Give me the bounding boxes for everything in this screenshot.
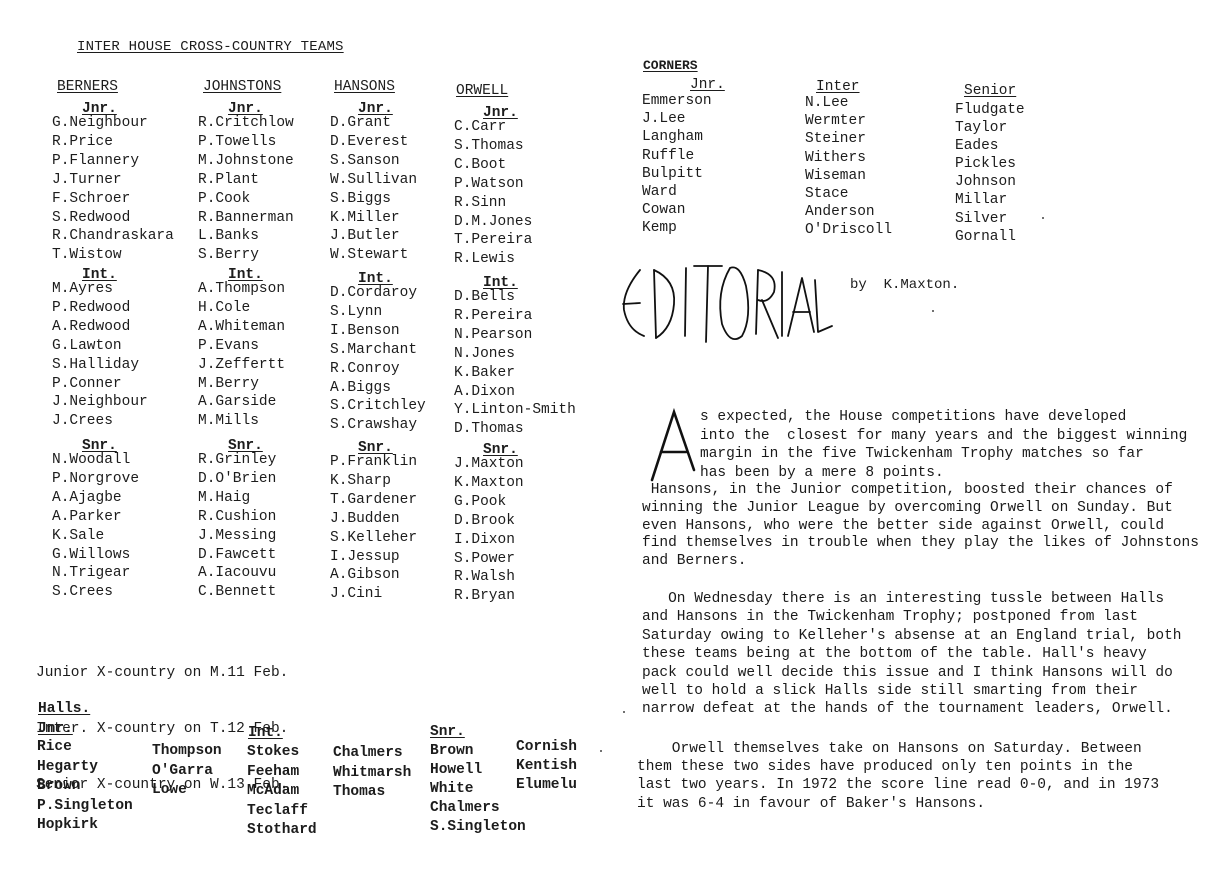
runner-name: S.Singleton xyxy=(430,818,526,837)
runner-name: M.Johnstone xyxy=(198,152,294,171)
halls-jnr-label: Jnr. xyxy=(38,720,73,739)
house-heading-hansons: HANSONS xyxy=(334,78,395,97)
runner-name: T.Wistow xyxy=(52,246,174,265)
text-line: s expected, the House competitions have … xyxy=(700,408,1187,427)
runner-name: N.Jones xyxy=(454,345,576,364)
runner-name: J.Cini xyxy=(330,585,417,604)
runner-name: D.Brook xyxy=(454,512,524,531)
editorial-paragraph-2: Hansons, in the Junior competition, boos… xyxy=(642,482,1199,571)
runner-name: G.Lawton xyxy=(52,337,148,356)
runner-name: Howell xyxy=(430,761,526,780)
runner-list-jnr: C.CarrS.ThomasC.BootP.WatsonR.SinnD.M.Jo… xyxy=(454,118,532,269)
text-line: winning the Junior League by overcoming … xyxy=(642,500,1199,518)
halls-heading: Halls. xyxy=(38,700,90,719)
runner-name: P.Towells xyxy=(198,133,294,152)
runner-name: Fludgate xyxy=(955,101,1025,119)
runner-name: A.Ajagbe xyxy=(52,489,139,508)
runner-name: R.Conroy xyxy=(330,360,426,379)
text-line: On Wednesday there is an interesting tus… xyxy=(642,590,1182,608)
text-line: Saturday owing to Kelleher's absense at … xyxy=(642,627,1182,645)
runner-name: P.Franklin xyxy=(330,453,417,472)
runner-name: P.Flannery xyxy=(52,152,174,171)
runner-list-jnr: G.NeighbourR.PriceP.FlanneryJ.TurnerF.Sc… xyxy=(52,114,174,265)
runner-name: Brown xyxy=(430,742,526,761)
runner-name: Chalmers xyxy=(430,799,526,818)
corners-heading: CORNERS xyxy=(643,57,698,76)
runner-name: A.Iacouvu xyxy=(198,564,276,583)
text-line: them these two sides have produced only … xyxy=(637,758,1159,776)
house-heading-johnstons: JOHNSTONS xyxy=(203,78,281,97)
runner-name: S.Kelleher xyxy=(330,529,417,548)
runner-name: H.Cole xyxy=(198,299,285,318)
runner-name: Ruffle xyxy=(642,147,712,165)
editorial-heading-art xyxy=(618,262,833,344)
runner-name: S.Critchley xyxy=(330,397,426,416)
runner-name: G.Willows xyxy=(52,546,139,565)
runner-name: T.Pereira xyxy=(454,231,532,250)
runner-name: Rice xyxy=(37,738,133,758)
runner-name: Hopkirk xyxy=(37,816,133,836)
runner-name: M.Mills xyxy=(198,412,285,431)
runner-name: D.M.Jones xyxy=(454,213,532,232)
corners-senior: FludgateTaylorEadesPicklesJohnsonMillarS… xyxy=(955,101,1025,246)
runner-name: J.Maxton xyxy=(454,455,524,474)
runner-name: F.Schroer xyxy=(52,190,174,209)
runner-name: J.Messing xyxy=(198,527,276,546)
runner-name: O'Driscoll xyxy=(805,221,892,239)
runner-name: Eades xyxy=(955,137,1025,155)
runner-name: T.Gardener xyxy=(330,491,417,510)
runner-name: Hegarty xyxy=(37,758,133,778)
runner-list-int: D.CordaroyS.LynnI.BensonS.MarchantR.Conr… xyxy=(330,284,426,435)
text-line: has been by a mere 8 points. xyxy=(700,464,1187,483)
runner-name: N.Woodall xyxy=(52,451,139,470)
speck xyxy=(623,711,625,713)
text-line: and Berners. xyxy=(642,553,1199,571)
runner-list-jnr: R.CritchlowP.TowellsM.JohnstoneR.PlantP.… xyxy=(198,114,294,265)
runner-name: Y.Linton-Smith xyxy=(454,401,576,420)
runner-list-int: M.AyresP.RedwoodA.RedwoodG.LawtonS.Halli… xyxy=(52,280,148,431)
text-line: Orwell themselves take on Hansons on Sat… xyxy=(637,740,1159,758)
runner-name: Kemp xyxy=(642,219,712,237)
runner-list-snr: P.FranklinK.SharpT.GardenerJ.BuddenS.Kel… xyxy=(330,453,417,604)
text-line: and Hansons in the Twickenham Trophy; po… xyxy=(642,608,1182,626)
runner-name: S.Berry xyxy=(198,246,294,265)
runner-name: J.Crees xyxy=(52,412,148,431)
runner-name: C.Bennett xyxy=(198,583,276,602)
runner-name: A.Dixon xyxy=(454,383,576,402)
runner-name: S.Halliday xyxy=(52,356,148,375)
halls-jnr-b: ThompsonO'GarraLowe xyxy=(152,742,222,801)
runner-name: R.Lewis xyxy=(454,250,532,269)
speck xyxy=(1042,217,1044,219)
runner-name: R.Chandraskara xyxy=(52,227,174,246)
runner-name: Cowan xyxy=(642,201,712,219)
runner-name: Thompson xyxy=(152,742,222,762)
runner-name: L.Banks xyxy=(198,227,294,246)
runner-name: R.Plant xyxy=(198,171,294,190)
runner-name: S.Marchant xyxy=(330,341,426,360)
runner-name: G.Neighbour xyxy=(52,114,174,133)
runner-name: White xyxy=(430,780,526,799)
runner-name: Chalmers xyxy=(333,744,411,764)
runner-name: J.Budden xyxy=(330,510,417,529)
text-line: narrow defeat at the hands of the tourna… xyxy=(642,700,1182,718)
runner-name: S.Crees xyxy=(52,583,139,602)
runner-name: P.Norgrove xyxy=(52,470,139,489)
runner-name: Elumelu xyxy=(516,776,577,795)
text-line: margin in the five Twickenham Trophy mat… xyxy=(700,445,1187,464)
text-line: well to hold a slick Halls side still sm… xyxy=(642,682,1182,700)
house-heading-berners: BERNERS xyxy=(57,78,118,97)
runner-name: O'Garra xyxy=(152,762,222,782)
runner-name: K.Sale xyxy=(52,527,139,546)
runner-name: Ward xyxy=(642,183,712,201)
runner-name: J.Butler xyxy=(330,227,417,246)
runner-name: P.Cook xyxy=(198,190,294,209)
text-line: pack could well decide this issue and I … xyxy=(642,664,1182,682)
runner-name: M.Haig xyxy=(198,489,276,508)
editorial-paragraph-4: Orwell themselves take on Hansons on Sat… xyxy=(637,740,1159,813)
runner-name: Anderson xyxy=(805,203,892,221)
runner-name: Langham xyxy=(642,128,712,146)
runner-name: R.Critchlow xyxy=(198,114,294,133)
runner-name: R.Bannerman xyxy=(198,209,294,228)
runner-name: J.Turner xyxy=(52,171,174,190)
runner-name: D.Everest xyxy=(330,133,417,152)
runner-name: D.Bells xyxy=(454,288,576,307)
halls-int-b: ChalmersWhitmarshThomas xyxy=(333,744,411,803)
runner-name: P.Conner xyxy=(52,375,148,394)
runner-name: A.Gibson xyxy=(330,566,417,585)
runner-name: S.Redwood xyxy=(52,209,174,228)
runner-name: A.Garside xyxy=(198,393,285,412)
runner-name: I.Jessup xyxy=(330,548,417,567)
runner-name: R.Grinley xyxy=(198,451,276,470)
runner-name: Pickles xyxy=(955,155,1025,173)
runner-name: A.Biggs xyxy=(330,379,426,398)
runner-name: Thomas xyxy=(333,783,411,803)
editorial-paragraph-1: s expected, the House competitions have … xyxy=(700,408,1187,482)
runner-name: Silver xyxy=(955,210,1025,228)
runner-name: P.Evans xyxy=(198,337,285,356)
runner-name: Wermter xyxy=(805,112,892,130)
editorial-paragraph-3: On Wednesday there is an interesting tus… xyxy=(642,590,1182,719)
runner-name: Cornish xyxy=(516,738,577,757)
text-line: even Hansons, who were the better side a… xyxy=(642,518,1199,536)
drop-cap-a xyxy=(650,408,698,482)
runner-name: Johnson xyxy=(955,173,1025,191)
page-title: INTER HOUSE CROSS-COUNTRY TEAMS xyxy=(77,38,344,57)
runner-name: Whitmarsh xyxy=(333,764,411,784)
runner-name: M.Berry xyxy=(198,375,285,394)
text-line: these teams being at the bottom of the t… xyxy=(642,645,1182,663)
runner-list-snr: J.MaxtonK.MaxtonG.PookD.BrookI.DixonS.Po… xyxy=(454,455,524,606)
runner-name: McAdam xyxy=(247,782,317,802)
runner-name: Kentish xyxy=(516,757,577,776)
runner-name: G.Pook xyxy=(454,493,524,512)
runner-list-int: D.BellsR.PereiraN.PearsonN.JonesK.BakerA… xyxy=(454,288,576,439)
runner-name: P.Singleton xyxy=(37,797,133,817)
runner-name: A.Parker xyxy=(52,508,139,527)
runner-name: S.Sanson xyxy=(330,152,417,171)
runner-name: Stokes xyxy=(247,743,317,763)
runner-name: S.Lynn xyxy=(330,303,426,322)
runner-name: J.Lee xyxy=(642,110,712,128)
halls-snr-b: CornishKentishElumelu xyxy=(516,738,577,795)
text-line: it was 6-4 in favour of Baker's Hansons. xyxy=(637,795,1159,813)
runner-name: Teclaff xyxy=(247,802,317,822)
runner-list-jnr: D.GrantD.EverestS.SansonW.SullivanS.Bigg… xyxy=(330,114,417,265)
runner-name: N.Trigear xyxy=(52,564,139,583)
runner-name: D.O'Brien xyxy=(198,470,276,489)
runner-name: J.Zeffertt xyxy=(198,356,285,375)
runner-name: D.Cordaroy xyxy=(330,284,426,303)
runner-name: K.Baker xyxy=(454,364,576,383)
runner-name: K.Maxton xyxy=(454,474,524,493)
runner-name: P.Redwood xyxy=(52,299,148,318)
runner-name: Steiner xyxy=(805,130,892,148)
runner-name: Emmerson xyxy=(642,92,712,110)
runner-name: D.Fawcett xyxy=(198,546,276,565)
schedule-junior: Junior X-country on M.11 Feb. xyxy=(36,664,288,683)
runner-name: R.Sinn xyxy=(454,194,532,213)
corners-jnr: EmmersonJ.LeeLanghamRuffleBulpittWardCow… xyxy=(642,92,712,238)
runner-name: Feeham xyxy=(247,763,317,783)
speck xyxy=(600,750,602,752)
runner-name: M.Ayres xyxy=(52,280,148,299)
runner-name: D.Thomas xyxy=(454,420,576,439)
runner-name: Withers xyxy=(805,149,892,167)
runner-name: A.Whiteman xyxy=(198,318,285,337)
runner-name: D.Grant xyxy=(330,114,417,133)
corners-inter: N.LeeWermterSteinerWithersWisemanStaceAn… xyxy=(805,94,892,240)
runner-name: Stothard xyxy=(247,821,317,841)
runner-name: A.Thompson xyxy=(198,280,285,299)
halls-int-a: StokesFeehamMcAdamTeclaffStothard xyxy=(247,743,317,841)
runner-name: C.Carr xyxy=(454,118,532,137)
runner-name: C.Boot xyxy=(454,156,532,175)
text-line: Hansons, in the Junior competition, boos… xyxy=(642,482,1199,500)
runner-name: S.Power xyxy=(454,550,524,569)
runner-name: R.Bryan xyxy=(454,587,524,606)
runner-list-snr: N.WoodallP.NorgroveA.AjagbeA.ParkerK.Sal… xyxy=(52,451,139,602)
runner-name: J.Neighbour xyxy=(52,393,148,412)
house-heading-orwell: ORWELL xyxy=(456,82,508,101)
runner-name: R.Cushion xyxy=(198,508,276,527)
runner-name: N.Lee xyxy=(805,94,892,112)
runner-name: K.Sharp xyxy=(330,472,417,491)
runner-name: W.Stewart xyxy=(330,246,417,265)
runner-name: Stace xyxy=(805,185,892,203)
runner-name: S.Crawshay xyxy=(330,416,426,435)
runner-name: Brown xyxy=(37,777,133,797)
runner-name: S.Thomas xyxy=(454,137,532,156)
halls-int-label: Int. xyxy=(248,724,283,743)
runner-name: I.Dixon xyxy=(454,531,524,550)
speck xyxy=(932,310,934,312)
runner-name: R.Walsh xyxy=(454,568,524,587)
runner-name: R.Price xyxy=(52,133,174,152)
runner-list-int: A.ThompsonH.ColeA.WhitemanP.EvansJ.Zeffe… xyxy=(198,280,285,431)
runner-name: Lowe xyxy=(152,781,222,801)
runner-name: R.Pereira xyxy=(454,307,576,326)
runner-name: N.Pearson xyxy=(454,326,576,345)
runner-name: A.Redwood xyxy=(52,318,148,337)
halls-snr-label: Snr. xyxy=(430,723,465,742)
text-line: into the closest for many years and the … xyxy=(700,427,1187,446)
runner-name: W.Sullivan xyxy=(330,171,417,190)
editorial-byline: by K.Maxton. xyxy=(850,276,959,295)
runner-name: Gornall xyxy=(955,228,1025,246)
runner-name: Millar xyxy=(955,191,1025,209)
runner-name: Taylor xyxy=(955,119,1025,137)
text-line: find themselves in trouble when they pla… xyxy=(642,535,1199,553)
halls-jnr-a: RiceHegartyBrownP.SingletonHopkirk xyxy=(37,738,133,836)
corners-senior-label: Senior xyxy=(964,82,1016,101)
runner-name: Bulpitt xyxy=(642,165,712,183)
runner-name: Wiseman xyxy=(805,167,892,185)
runner-name: K.Miller xyxy=(330,209,417,228)
text-line: last two years. In 1972 the score line r… xyxy=(637,776,1159,794)
runner-name: S.Biggs xyxy=(330,190,417,209)
halls-snr-a: BrownHowellWhiteChalmersS.Singleton xyxy=(430,742,526,837)
runner-name: I.Benson xyxy=(330,322,426,341)
runner-list-snr: R.GrinleyD.O'BrienM.HaigR.CushionJ.Messi… xyxy=(198,451,276,602)
runner-name: P.Watson xyxy=(454,175,532,194)
